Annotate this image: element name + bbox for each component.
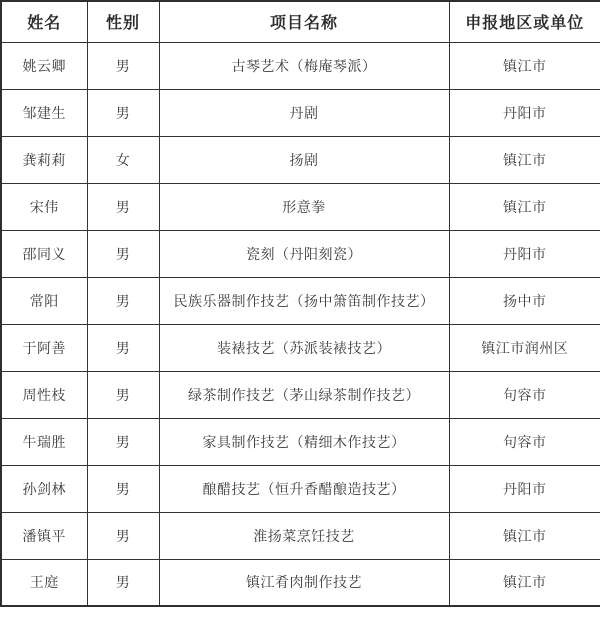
project-cell: 镇江肴肉制作技艺 (159, 559, 449, 606)
project-cell: 绿茶制作技艺（茅山绿茶制作技艺） (159, 371, 449, 418)
gender-cell: 男 (87, 559, 159, 606)
gender-cell: 男 (87, 89, 159, 136)
header-region: 申报地区或单位 (449, 1, 600, 42)
project-cell: 装裱技艺（苏派装裱技艺） (159, 324, 449, 371)
region-cell: 句容市 (449, 371, 600, 418)
project-cell: 丹剧 (159, 89, 449, 136)
header-row: 姓名 性别 项目名称 申报地区或单位 (1, 1, 600, 42)
gender-cell: 男 (87, 465, 159, 512)
gender-cell: 男 (87, 512, 159, 559)
gender-cell: 男 (87, 371, 159, 418)
name-cell: 牛瑞胜 (1, 418, 87, 465)
table-header: 姓名 性别 项目名称 申报地区或单位 (1, 1, 600, 42)
region-cell: 句容市 (449, 418, 600, 465)
name-cell: 邵同义 (1, 230, 87, 277)
project-cell: 古琴艺术（梅庵琴派） (159, 42, 449, 89)
name-cell: 孙剑林 (1, 465, 87, 512)
table-row: 姚云卿 男 古琴艺术（梅庵琴派） 镇江市 (1, 42, 600, 89)
project-cell: 民族乐器制作技艺（扬中箫笛制作技艺） (159, 277, 449, 324)
gender-cell: 男 (87, 42, 159, 89)
project-cell: 酿醋技艺（恒升香醋酿造技艺） (159, 465, 449, 512)
region-cell: 镇江市 (449, 559, 600, 606)
name-cell: 龚莉莉 (1, 136, 87, 183)
name-cell: 宋伟 (1, 183, 87, 230)
inheritor-roster-table: 姓名 性别 项目名称 申报地区或单位 姚云卿 男 古琴艺术（梅庵琴派） 镇江市 … (0, 0, 600, 607)
table-row: 邵同义 男 瓷刻（丹阳刻瓷） 丹阳市 (1, 230, 600, 277)
region-cell: 丹阳市 (449, 89, 600, 136)
table-body: 姚云卿 男 古琴艺术（梅庵琴派） 镇江市 邹建生 男 丹剧 丹阳市 龚莉莉 女 … (1, 42, 600, 606)
name-cell: 于阿善 (1, 324, 87, 371)
project-cell: 扬剧 (159, 136, 449, 183)
name-cell: 潘镇平 (1, 512, 87, 559)
project-cell: 形意拳 (159, 183, 449, 230)
table-row: 宋伟 男 形意拳 镇江市 (1, 183, 600, 230)
region-cell: 丹阳市 (449, 230, 600, 277)
name-cell: 常阳 (1, 277, 87, 324)
table-row: 邹建生 男 丹剧 丹阳市 (1, 89, 600, 136)
name-cell: 王庭 (1, 559, 87, 606)
region-cell: 镇江市 (449, 512, 600, 559)
gender-cell: 男 (87, 324, 159, 371)
project-cell: 瓷刻（丹阳刻瓷） (159, 230, 449, 277)
header-project: 项目名称 (159, 1, 449, 42)
table-row: 王庭 男 镇江肴肉制作技艺 镇江市 (1, 559, 600, 606)
gender-cell: 男 (87, 277, 159, 324)
header-gender: 性别 (87, 1, 159, 42)
name-cell: 邹建生 (1, 89, 87, 136)
region-cell: 镇江市 (449, 136, 600, 183)
region-cell: 扬中市 (449, 277, 600, 324)
gender-cell: 男 (87, 183, 159, 230)
intangible-heritage-inheritor-table-page: 姓名 性别 项目名称 申报地区或单位 姚云卿 男 古琴艺术（梅庵琴派） 镇江市 … (0, 0, 600, 621)
table-row: 潘镇平 男 淮扬菜烹饪技艺 镇江市 (1, 512, 600, 559)
gender-cell: 男 (87, 230, 159, 277)
gender-cell: 女 (87, 136, 159, 183)
table-row: 孙剑林 男 酿醋技艺（恒升香醋酿造技艺） 丹阳市 (1, 465, 600, 512)
region-cell: 镇江市润州区 (449, 324, 600, 371)
name-cell: 姚云卿 (1, 42, 87, 89)
region-cell: 镇江市 (449, 42, 600, 89)
project-cell: 淮扬菜烹饪技艺 (159, 512, 449, 559)
table-row: 周性枝 男 绿茶制作技艺（茅山绿茶制作技艺） 句容市 (1, 371, 600, 418)
region-cell: 丹阳市 (449, 465, 600, 512)
table-row: 龚莉莉 女 扬剧 镇江市 (1, 136, 600, 183)
gender-cell: 男 (87, 418, 159, 465)
header-name: 姓名 (1, 1, 87, 42)
table-row: 常阳 男 民族乐器制作技艺（扬中箫笛制作技艺） 扬中市 (1, 277, 600, 324)
name-cell: 周性枝 (1, 371, 87, 418)
project-cell: 家具制作技艺（精细木作技艺） (159, 418, 449, 465)
table-row: 牛瑞胜 男 家具制作技艺（精细木作技艺） 句容市 (1, 418, 600, 465)
table-row: 于阿善 男 装裱技艺（苏派装裱技艺） 镇江市润州区 (1, 324, 600, 371)
region-cell: 镇江市 (449, 183, 600, 230)
